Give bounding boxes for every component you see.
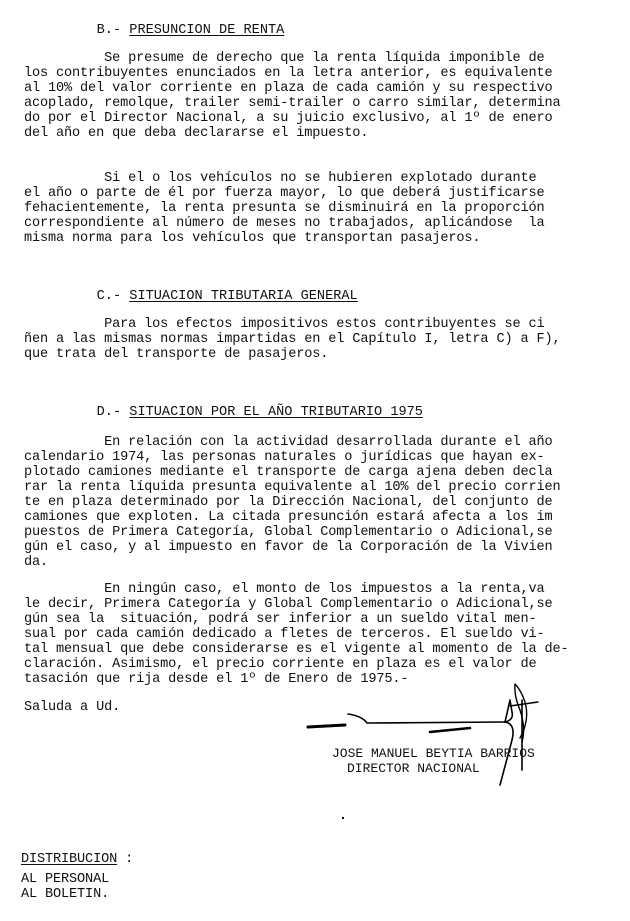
text-line: Si el o los vehículos no se hubieren exp… [24,171,537,186]
section-c-heading: C.- SITUACION TRIBUTARIA GENERAL [64,274,358,319]
text-line: ñen a las mismas normas impartidas en el… [24,332,561,347]
text-line: fehacientemente, la renta presunta se di… [24,201,545,216]
text-line: Para los efectos impositivos estos contr… [24,317,545,332]
text-line: misma norma para los vehículos que trans… [24,231,480,246]
text-line: te en plaza determinado por la Dirección… [24,495,553,510]
text-line: el año o parte de él por fuerza mayor, l… [24,186,545,201]
document-page: B.- PRESUNCION DE RENTA Se presume de de… [0,0,630,921]
text-line: los contribuyentes enunciados en la letr… [24,66,553,81]
distribution-recipient: AL BOLETIN. [21,887,109,902]
text-line: acoplado, remolque, trailer semi-trailer… [24,96,561,111]
text-line: calendario 1974, las personas naturales … [24,450,545,465]
closing-salutation: Saluda a Ud. [24,700,120,715]
distribution-recipient: AL PERSONAL [21,872,109,887]
section-b-title: PRESUNCION DE RENTA [129,23,284,38]
text-line: al 10% del valor corriente en plaza de c… [24,81,553,96]
text-line: da. [24,555,48,570]
section-d-title: SITUACION POR EL AÑO TRIBUTARIO 1975 [129,405,423,420]
text-line: correspondiente al número de meses no tr… [24,216,545,231]
text-line: gún el caso, y al impuesto en favor de l… [24,540,553,555]
text-line: rar la renta líquida presunta equivalent… [24,480,561,495]
distribution-heading: DISTRIBUCION [21,852,117,867]
text-line: gún sea la situación, podrá ser inferior… [24,612,537,627]
text-line: sual por cada camión dedicado a fletes d… [24,627,545,642]
section-c-title: SITUACION TRIBUTARIA GENERAL [129,289,357,304]
signatory-position: DIRECTOR NACIONAL [347,762,480,776]
text-line: camiones que exploten. La citada presunc… [24,510,553,525]
section-b-heading: B.- PRESUNCION DE RENTA [64,8,284,53]
text-line: claración. Asimismo, el precio corriente… [24,657,537,672]
text-line: En ningún caso, el monto de los impuesto… [24,582,545,597]
text-line: do por el Director Nacional, a su juicio… [24,111,553,126]
text-line: del año en que deba declararse el impues… [24,126,368,141]
distribution-heading-row: DISTRIBUCION : [21,852,133,867]
stray-mark [342,817,344,819]
section-c-letter: C.- [97,289,121,304]
text-line: puestos de Primera Categoría, Global Com… [24,525,553,540]
section-d-heading: D.- SITUACION POR EL AÑO TRIBUTARIO 1975 [64,390,423,435]
text-line: tal mensual que debe considerarse es el … [24,642,569,657]
text-line: En relación con la actividad desarrollad… [24,435,553,450]
section-d-letter: D.- [97,405,121,420]
text-line: le decir, Primera Categoría y Global Com… [24,597,553,612]
text-line: Se presume de derecho que la renta líqui… [24,51,545,66]
section-b-letter: B.- [97,23,121,38]
signatory-name: JOSE MANUEL BEYTIA BARRIOS [332,747,535,761]
text-line: plotado camiones mediante el transporte … [24,465,553,480]
distribution-separator: : [125,852,133,867]
text-line: que trata del transporte de pasajeros. [24,347,328,362]
